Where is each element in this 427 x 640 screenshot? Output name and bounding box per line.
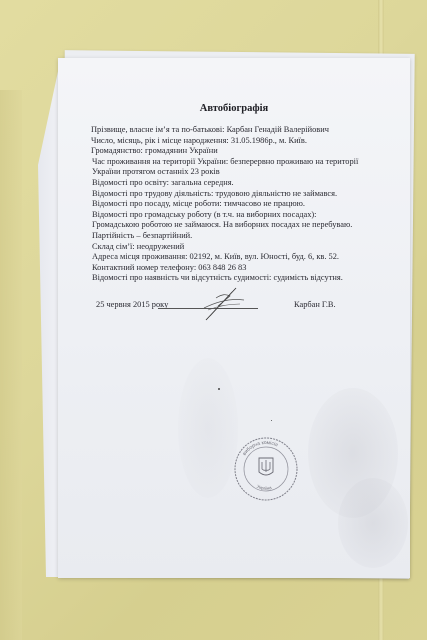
official-stamp: виборча комісія Україна (233, 436, 299, 502)
field-party: Партійність – безпартійний. (91, 231, 406, 242)
handwritten-signature-icon (196, 286, 256, 322)
signature-block: 25 червня 2015 року Карбан Г.В. (58, 294, 410, 324)
signatory-name: Карбан Г.В. (294, 300, 336, 309)
field-residence-period-cont: України протягом останніх 23 років (91, 167, 406, 178)
field-family: Склад сім’ї: неодружений (91, 242, 406, 253)
field-criminal-record: Відомості про наявність чи відсутність с… (91, 273, 406, 284)
field-residence-period: Час проживання на території України: без… (91, 157, 406, 168)
field-phone: Контактний номер телефону: 063 848 26 83 (91, 263, 406, 274)
sofa-cushion-edge (0, 90, 22, 640)
paper-smudge (338, 478, 408, 568)
field-employment: Відомості про трудову діяльність: трудов… (91, 189, 406, 200)
paper-speck (218, 388, 220, 390)
field-public-work: Відомості про громадську роботу (в т.ч. … (91, 210, 406, 221)
field-birth: Число, місяць, рік і місце народження: 3… (91, 136, 406, 147)
trident-coat-of-arms-icon (259, 458, 273, 475)
field-education: Відомості про освіту: загальна середня. (91, 178, 406, 189)
document-title: Автобіографія (58, 103, 410, 114)
document-body: Прізвище, власне ім’я та по-батькові: Ка… (91, 125, 406, 284)
paper-smudge (178, 358, 238, 498)
document-page: Автобіографія Прізвище, власне ім’я та п… (58, 58, 410, 578)
field-citizenship: Громадянство: громадянин України (91, 146, 406, 157)
field-full-name: Прізвище, власне ім’я та по-батькові: Ка… (91, 125, 406, 136)
field-address: Адреса місця проживання: 02192, м. Київ,… (91, 252, 406, 263)
paper-speck (271, 420, 272, 421)
field-position: Відомості про посаду, місце роботи: тимч… (91, 199, 406, 210)
field-public-work-cont: Громадською роботою не займаюся. На вибо… (91, 220, 406, 231)
